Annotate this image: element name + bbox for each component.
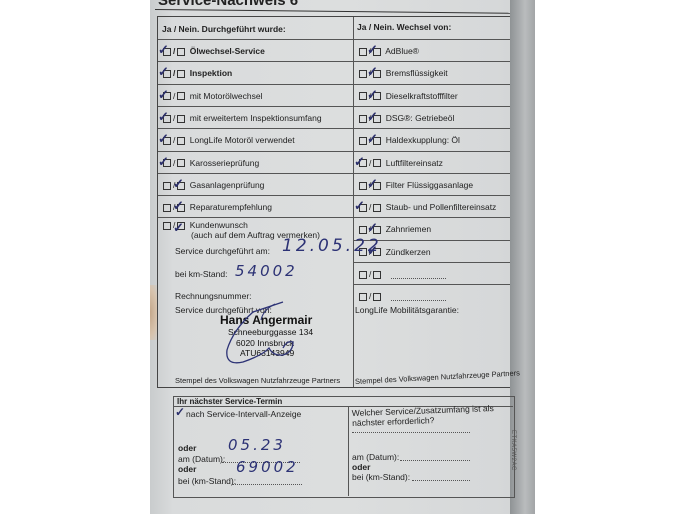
checklist-item-left[interactable]: / LongLife Motoröl verwendet [161, 135, 295, 145]
table-header: Ja / Nein. Durchgeführt wurde: Ja / Nein… [158, 17, 510, 39]
separator: / [369, 291, 371, 301]
signature [213, 300, 308, 370]
nein-checkbox[interactable] [373, 293, 381, 301]
check-mark-icon: ✓ [158, 42, 169, 58]
ja-checkbox[interactable] [163, 182, 171, 190]
nein-checkbox[interactable] [177, 48, 185, 56]
next-service-title: Ihr nächster Service-Termin [177, 397, 282, 406]
check-mark-icon: ✓ [173, 220, 184, 236]
right-date-label: am (Datum): [352, 452, 399, 462]
right-date-line [400, 459, 470, 461]
item-label: Haldexkupplung: Öl [383, 135, 460, 145]
separator: / [173, 158, 175, 168]
check-mark-icon: ✓ [354, 154, 365, 170]
column-divider [353, 17, 354, 387]
check-mark-icon: ✓ [367, 109, 378, 125]
nein-checkbox[interactable] [177, 92, 185, 100]
checklist-item-right[interactable]: / [357, 291, 446, 301]
mobility-label: LongLife Mobilitätsgarantie: [355, 305, 459, 315]
check-mark-icon: ✓ [158, 87, 169, 103]
next-km-label: bei (km-Stand): [178, 476, 236, 486]
next-km-value[interactable]: 69002 [236, 458, 299, 476]
checklist-item-left[interactable]: / Ölwechsel-Service [161, 46, 265, 56]
check-mark-icon: ✓ [354, 198, 365, 214]
ja-checkbox[interactable] [359, 70, 367, 78]
separator: / [369, 202, 371, 212]
stamp-caption-left: Stempel des Volkswagen Nutzfahrzeuge Par… [175, 376, 340, 385]
item-label: DSG®: Getriebeöl [383, 113, 454, 123]
item-label: Gasanlagenprüfung [187, 180, 264, 190]
ja-checkbox[interactable] [359, 137, 367, 145]
item-label: Zahnriemen [383, 224, 431, 234]
next-date-value[interactable]: 05.23 [228, 436, 286, 454]
nein-checkbox[interactable] [177, 159, 185, 167]
km-label: bei km-Stand: [175, 269, 227, 279]
separator: / [173, 91, 175, 101]
page-title: Service-Nachweis 6 [158, 0, 298, 9]
interval-check-icon[interactable]: ✓ [175, 405, 185, 419]
separator: / [173, 135, 175, 145]
checklist-item-left[interactable]: / mit Motorölwechsel [161, 91, 262, 101]
separator: / [369, 158, 371, 168]
nein-checkbox[interactable] [373, 204, 381, 212]
right-km-label: bei (km-Stand): [352, 472, 410, 482]
ja-checkbox[interactable] [163, 204, 171, 212]
item-label: Filter Flüssiggasanlage [383, 180, 473, 190]
ja-checkbox[interactable] [359, 182, 367, 190]
interval-label: nach Service-Intervall-Anzeige [186, 409, 301, 419]
service-date-value[interactable]: 12.05.22 [282, 236, 382, 256]
next-service-divider [348, 406, 349, 496]
item-label: Luftfiltereinsatz [383, 158, 443, 168]
ja-checkbox[interactable] [359, 226, 367, 234]
ja-checkbox[interactable] [359, 115, 367, 123]
blank-line [391, 299, 446, 301]
next-km-line [232, 483, 302, 485]
check-mark-icon: ✓ [173, 198, 184, 214]
item-label: Dieselkraftstofffilter [383, 91, 457, 101]
separator: / [173, 68, 175, 78]
ja-checkbox[interactable] [163, 222, 171, 230]
ja-checkbox[interactable] [359, 293, 367, 301]
item-label: Kundenwunsch [187, 220, 248, 230]
check-mark-icon: ✓ [367, 176, 378, 192]
checklist-item-left[interactable]: / Inspektion [161, 68, 232, 78]
check-mark-icon: ✓ [158, 64, 169, 80]
check-mark-icon: ✓ [158, 109, 169, 125]
or-label-3: oder [352, 462, 370, 472]
ja-checkbox[interactable] [359, 92, 367, 100]
service-date-label: Service durchgeführt am: [175, 246, 270, 256]
check-mark-icon: ✓ [158, 154, 169, 170]
check-mark-icon: ✓ [367, 42, 378, 58]
item-label: mit erweitertem Inspektionsumfang [187, 113, 321, 123]
or-label-1: oder [178, 443, 196, 453]
separator: / [173, 113, 175, 123]
checklist-item-right[interactable]: / Staub- und Pollenfiltereinsatz [357, 202, 496, 212]
item-label: Bremsflüssigkeit [383, 68, 447, 78]
item-label: Reparaturempfehlung [187, 202, 272, 212]
service-table: Ja / Nein. Durchgeführt wurde: Ja / Nein… [157, 16, 510, 388]
item-label: LongLife Motoröl verwendet [187, 135, 294, 145]
check-mark-icon: ✓ [158, 131, 169, 147]
checklist-item-left[interactable]: / mit erweitertem Inspektionsumfang [161, 113, 322, 123]
check-mark-icon: ✓ [173, 176, 184, 192]
item-label: Staub- und Pollenfiltereinsatz [383, 202, 496, 212]
checklist-item-right[interactable]: / [357, 269, 446, 279]
checklist-item-right[interactable]: / Luftfiltereinsatz [357, 158, 443, 168]
header-right: Ja / Nein. Wechsel von: [357, 22, 451, 32]
ja-checkbox[interactable] [359, 48, 367, 56]
nein-checkbox[interactable] [177, 137, 185, 145]
check-mark-icon: ✓ [367, 220, 378, 236]
nein-checkbox[interactable] [177, 70, 185, 78]
or-label-2: oder [178, 464, 196, 474]
ja-checkbox[interactable] [359, 271, 367, 279]
item-label: Zündkerzen [383, 247, 430, 257]
check-mark-icon: ✓ [367, 131, 378, 147]
nein-checkbox[interactable] [177, 115, 185, 123]
km-value[interactable]: 54002 [235, 262, 298, 280]
blank-line [391, 277, 446, 279]
item-label: Karosserieprüfung [187, 158, 259, 168]
item-label: AdBlue® [383, 46, 419, 56]
item-label: Ölwechsel-Service [187, 46, 265, 56]
separator: / [173, 46, 175, 56]
nein-checkbox[interactable] [373, 159, 381, 167]
next-date-label: am (Datum): [178, 454, 225, 464]
check-mark-icon: ✓ [367, 64, 378, 80]
question-line [352, 431, 470, 433]
right-km-line [412, 479, 470, 481]
item-label: Inspektion [187, 68, 232, 78]
nein-checkbox[interactable] [373, 271, 381, 279]
checklist-item-left[interactable]: / Karosserieprüfung [161, 158, 259, 168]
item-label: mit Motorölwechsel [187, 91, 262, 101]
check-mark-icon: ✓ [367, 87, 378, 103]
separator: / [369, 269, 371, 279]
header-left: Ja / Nein. Durchgeführt wurde: [162, 24, 286, 34]
